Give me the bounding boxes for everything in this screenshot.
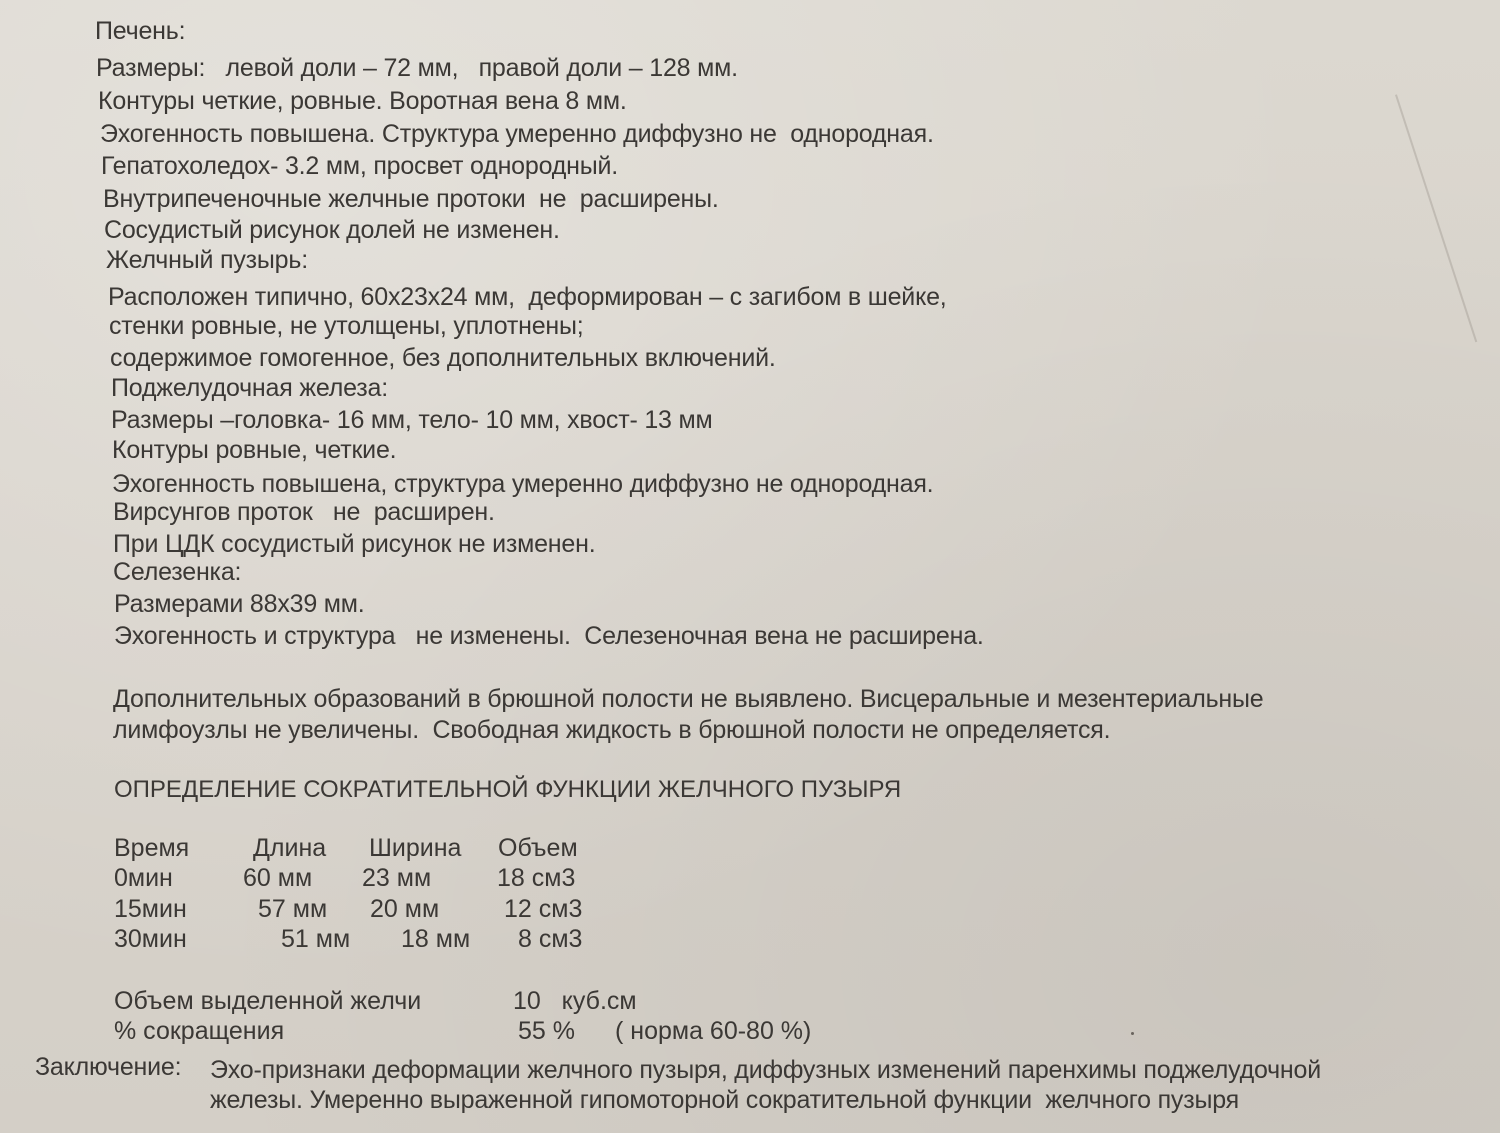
gallbladder-heading: Желчный пузырь: <box>106 245 308 275</box>
table-cell-length: 60 мм <box>243 863 312 893</box>
conclusion-line-2: железы. Умеренно выраженной гипомоторной… <box>210 1085 1239 1115</box>
pancreas-line-contours: Контуры ровные, четкие. <box>112 435 396 465</box>
pancreas-line-duct: Вирсунгов проток не расширен. <box>113 497 495 527</box>
bile-volume-value: 10 куб.см <box>513 986 637 1016</box>
liver-line-vascular: Сосудистый рисунок долей не изменен. <box>104 215 560 245</box>
abdomen-line-formations: Дополнительных образований в брюшной пол… <box>113 684 1264 714</box>
table-cell-width: 20 мм <box>370 894 439 924</box>
table-cell-time: 15мин <box>114 894 187 924</box>
bile-volume-label: Объем выделенной желчи <box>114 986 421 1016</box>
table-header-volume: Объем <box>498 833 578 863</box>
liver-line-sizes: Размеры: левой доли – 72 мм, правой доли… <box>96 53 738 83</box>
conclusion-line-1: Эхо-признаки деформации желчного пузыря,… <box>210 1055 1321 1085</box>
liver-line-contours: Контуры четкие, ровные. Воротная вена 8 … <box>98 86 627 116</box>
gallbladder-line-contents: содержимое гомогенное, без дополнительны… <box>110 343 776 373</box>
spleen-line-size: Размерами 88х39 мм. <box>114 589 365 619</box>
liver-line-ducts: Внутрипеченочные желчные протоки не расш… <box>103 184 719 214</box>
liver-line-echogenicity: Эхогенность повышена. Структура умеренно… <box>100 119 934 149</box>
abdomen-line-lymph: лимфоузлы не увеличены. Свободная жидкос… <box>113 715 1110 745</box>
pancreas-heading: Поджелудочная железа: <box>111 373 388 403</box>
table-cell-width: 18 мм <box>401 924 470 954</box>
contraction-percent-value: 55 % <box>518 1016 575 1046</box>
table-cell-time: 0мин <box>114 863 173 893</box>
pancreas-line-doppler: При ЦДК сосудистый рисунок не изменен. <box>113 529 595 559</box>
conclusion-label: Заключение: <box>35 1052 181 1082</box>
contraction-percent-label: % сокращения <box>114 1016 284 1046</box>
pancreas-line-sizes: Размеры –головка- 16 мм, тело- 10 мм, хв… <box>111 405 712 435</box>
contractility-title: ОПРЕДЕЛЕНИЕ СОКРАТИТЕЛЬНОЙ ФУНКЦИИ ЖЕЛЧН… <box>114 775 901 805</box>
table-cell-volume: 18 см3 <box>497 863 575 893</box>
table-cell-length: 51 мм <box>281 924 350 954</box>
gallbladder-line-position: Расположен типично, 60х23х24 мм, деформи… <box>108 282 947 312</box>
table-header-width: Ширина <box>369 833 461 863</box>
liver-line-hepatocholedochus: Гепатохоледох- 3.2 мм, просвет однородны… <box>101 151 618 181</box>
pancreas-line-echogenicity: Эхогенность повышена, структура умеренно… <box>112 469 933 499</box>
table-header-length: Длина <box>253 833 326 863</box>
table-cell-volume: 12 см3 <box>504 894 582 924</box>
spleen-heading: Селезенка: <box>113 557 241 587</box>
table-cell-volume: 8 см3 <box>518 924 582 954</box>
table-header-time: Время <box>114 833 189 863</box>
table-cell-length: 57 мм <box>258 894 327 924</box>
contraction-norm-note: ( норма 60-80 %) <box>615 1016 811 1046</box>
gallbladder-line-walls: стенки ровные, не утолщены, уплотнены; <box>109 311 584 341</box>
liver-heading: Печень: <box>95 16 185 46</box>
stray-ink-dot <box>1131 1032 1134 1035</box>
table-cell-time: 30мин <box>114 924 187 954</box>
table-cell-width: 23 мм <box>362 863 431 893</box>
spleen-line-structure: Эхогенность и структура не изменены. Сел… <box>114 621 984 651</box>
